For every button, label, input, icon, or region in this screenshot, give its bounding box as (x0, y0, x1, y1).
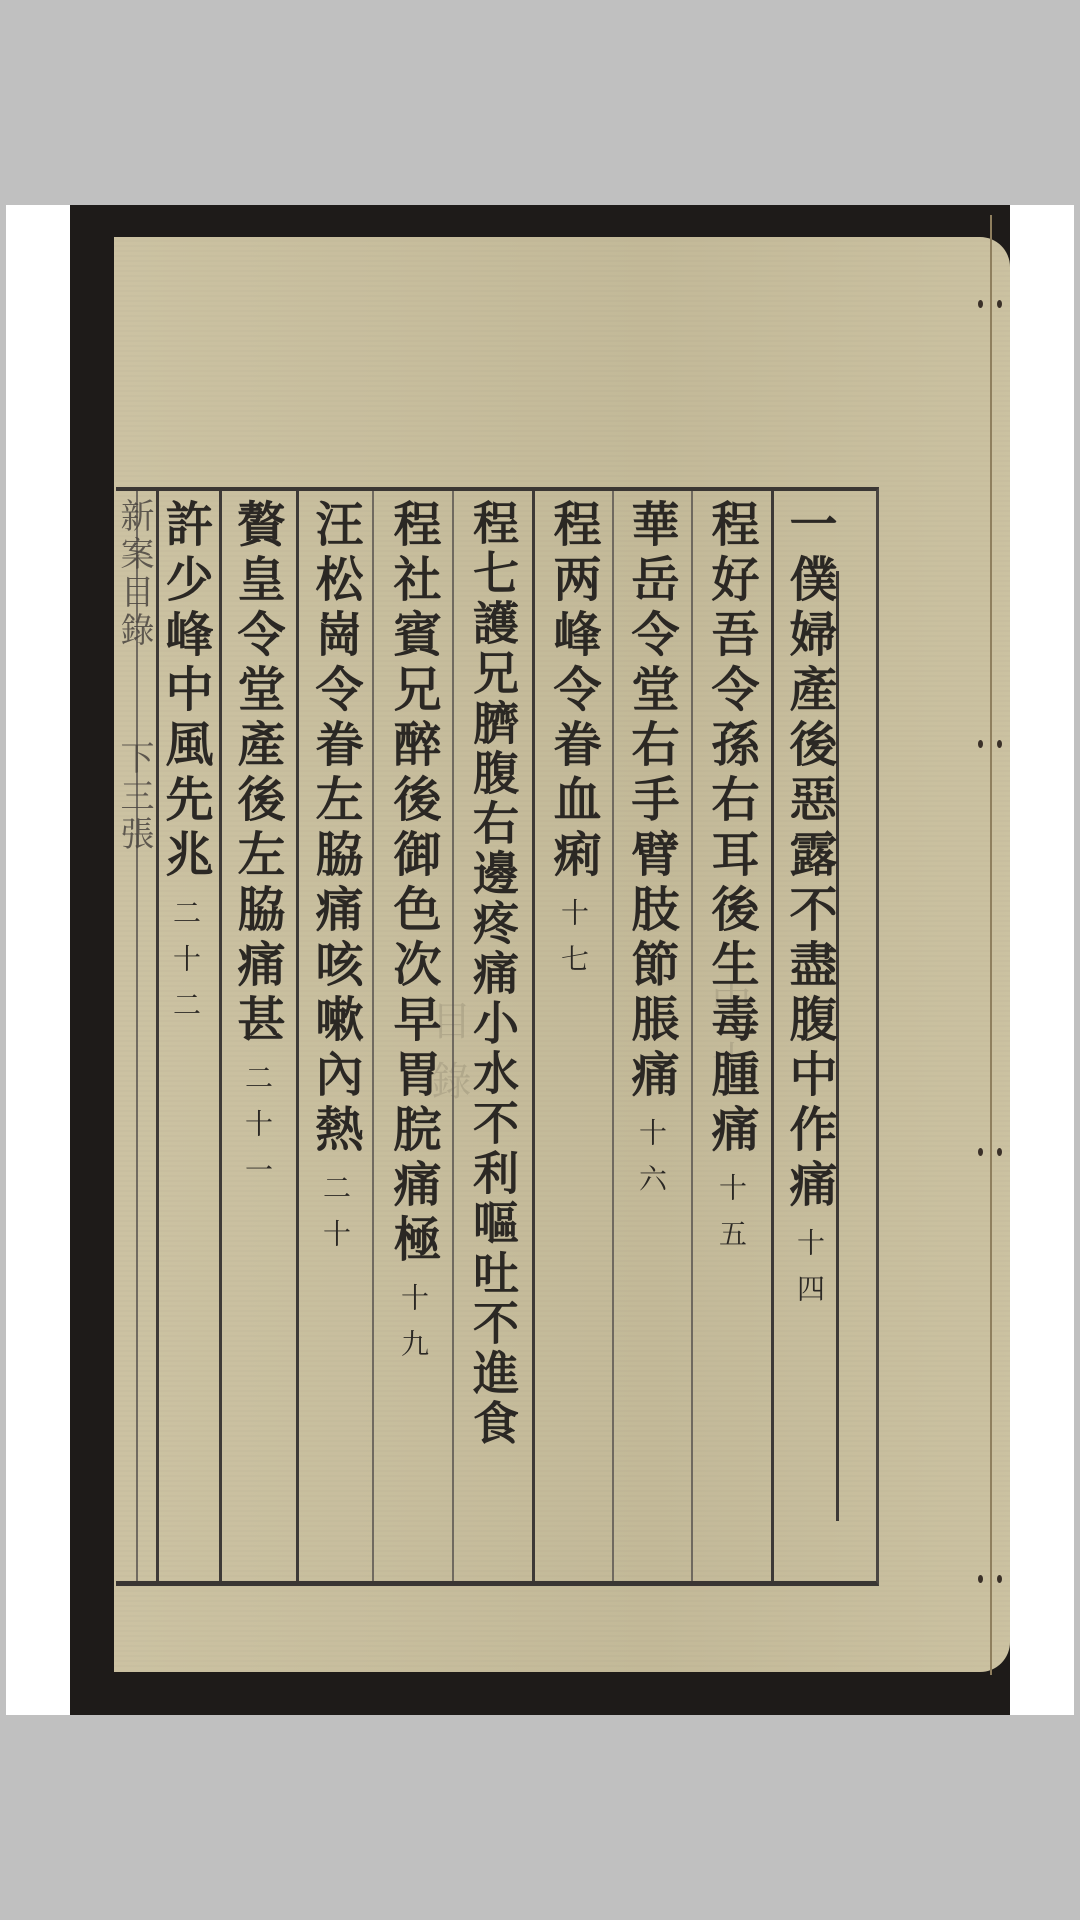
toc-entry: 程两峰令眷血痢十七 (538, 499, 608, 990)
stitch-hole-icon (978, 300, 983, 308)
entry-text: 汪松崗令眷左脇痛咳嗽內熱 (307, 499, 363, 1159)
toc-entry: 程社賓兄醉後御色次早胃脘痛極十九 (378, 499, 448, 1375)
column-rule (372, 491, 374, 1581)
entry-number: 十六 (635, 1118, 668, 1210)
entry-number: 十七 (557, 898, 590, 990)
stitch-hole-icon (997, 1575, 1002, 1583)
entry-text: 程七護兄臍腹右邊疼痛小水不利嘔吐不進食 (466, 499, 520, 1449)
stitch-hole-icon (978, 1148, 983, 1156)
column-rule (452, 491, 454, 1581)
entry-text: 程两峰令眷血痢 (545, 499, 601, 884)
toc-entry: 許少峰中風先兆二十二 (150, 499, 220, 1036)
entry-text: 一僕婦產後惡露不盡腹中作痛 (781, 499, 837, 1214)
banxin-margin: 新案目錄下三張 (116, 498, 152, 854)
column-rule (532, 491, 535, 1581)
entry-number: 十四 (793, 1228, 826, 1320)
toc-entry: 程好吾令孫右耳後生毒腫痛十五 (696, 499, 766, 1265)
stitch-hole-icon (978, 740, 983, 748)
entry-number: 二十 (319, 1173, 352, 1265)
toc-entry: 贅皇令堂產後左脇痛甚二十一 (222, 499, 292, 1201)
entry-number: 十五 (715, 1173, 748, 1265)
entry-text: 程社賓兄醉後御色次早胃脘痛極 (385, 499, 441, 1269)
toc-entry: 一僕婦產後惡露不盡腹中作痛十四 (774, 499, 844, 1320)
entry-text: 贅皇令堂產後左脇痛甚 (229, 499, 285, 1049)
entry-number: 二十一 (241, 1063, 274, 1201)
stitch-hole-icon (997, 300, 1002, 308)
fold-line (990, 215, 992, 1675)
toc-entry: 華岳令堂右手臂肢節脹痛十六 (616, 499, 686, 1210)
banxin-title: 新案目錄 (114, 498, 154, 650)
text-frame: 一僕婦產後惡露不盡腹中作痛十四 程好吾令孫右耳後生毒腫痛十五 華岳令堂右手臂肢節… (116, 487, 879, 1586)
entry-text: 華岳令堂右手臂肢節脹痛 (623, 499, 679, 1104)
toc-entry: 程七護兄臍腹右邊疼痛小水不利嘔吐不進食 (458, 499, 528, 1449)
entry-number: 十九 (397, 1283, 430, 1375)
entry-number: 二十二 (169, 898, 202, 1036)
banxin-page: 下三張 (114, 740, 154, 854)
stitch-hole-icon (997, 740, 1002, 748)
stitch-hole-icon (997, 1148, 1002, 1156)
stitch-hole-icon (978, 1575, 983, 1583)
entry-text: 許少峰中風先兆 (157, 499, 213, 884)
entry-text: 程好吾令孫右耳後生毒腫痛 (703, 499, 759, 1159)
column-rule (612, 491, 614, 1581)
column-rule (691, 491, 693, 1581)
toc-entry: 汪松崗令眷左脇痛咳嗽內熱二十 (300, 499, 370, 1265)
column-rule (296, 491, 299, 1581)
